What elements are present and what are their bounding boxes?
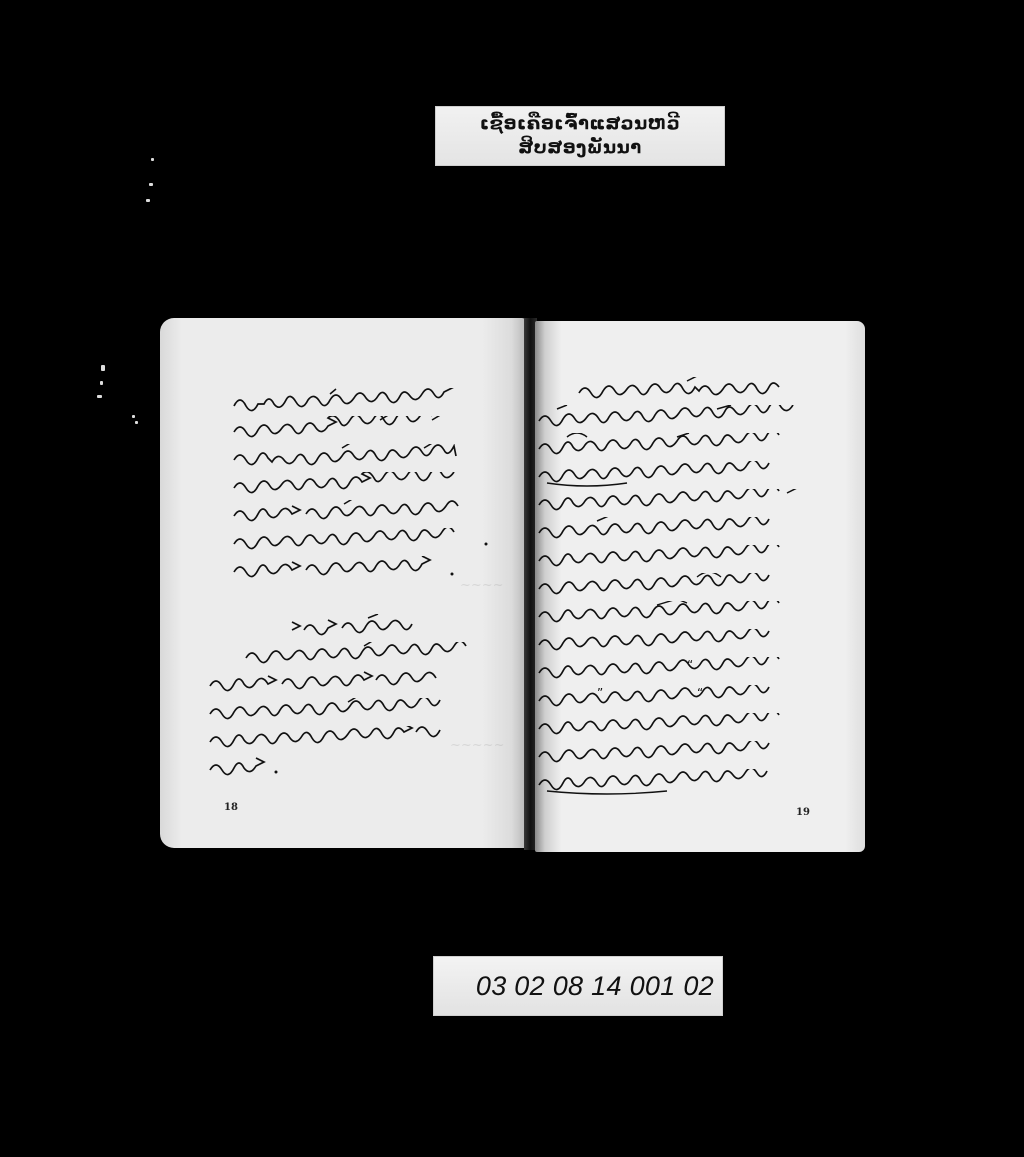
script-line: “ — [537, 657, 837, 685]
script-line — [537, 405, 837, 433]
svg-text:”: ” — [597, 686, 603, 700]
script-line: ”“ — [537, 685, 837, 713]
script-line — [232, 528, 494, 556]
scan-artifact — [135, 421, 138, 424]
scan-artifact — [101, 365, 105, 371]
title-label: ເຊື້ອເຄືອເຈົ້າແສວນຫວີ ສິບສອງພັນນາ — [435, 106, 725, 166]
paragraph-1 — [232, 388, 494, 584]
script-line — [232, 500, 494, 528]
script-line — [208, 698, 500, 726]
script-line — [208, 754, 500, 782]
page-number-right: 19 — [796, 807, 810, 818]
left-page: ~~~~ ~~~~~ 18 — [160, 318, 526, 848]
paragraph-2 — [208, 642, 500, 782]
script-line — [232, 416, 494, 444]
script-line — [232, 472, 494, 500]
script-line — [537, 517, 837, 545]
script-line — [537, 769, 837, 797]
svg-text:“: “ — [687, 658, 693, 672]
page-number-left: 18 — [224, 802, 238, 813]
scan-artifact — [100, 381, 103, 385]
right-page: “ ”“ 19 — [535, 321, 865, 852]
script-line — [537, 601, 837, 629]
scan-canvas: ເຊື້ອເຄືອເຈົ້າແສວນຫວີ ສິບສອງພັນນາ ~~~~ ~… — [0, 0, 1024, 1157]
script-line — [537, 545, 837, 573]
title-line-1: ເຊື້ອເຄືອເຈົ້າແສວນຫວີ — [480, 112, 680, 136]
scan-artifact — [151, 158, 154, 161]
svg-text:“: “ — [697, 686, 703, 700]
script-line — [290, 614, 430, 642]
script-line — [577, 377, 837, 405]
script-line — [537, 433, 837, 461]
script-line — [208, 670, 500, 698]
section-heading — [290, 614, 430, 642]
script-line — [232, 388, 494, 416]
script-line — [537, 629, 837, 657]
right-page-text: “ ”“ — [537, 377, 837, 797]
catalog-number-label: 03 02 08 14 001 02 — [433, 956, 723, 1016]
script-line — [537, 461, 837, 489]
catalog-number: 03 02 08 14 001 02 — [476, 971, 714, 1002]
title-line-2: ສິບສອງພັນນາ — [518, 136, 641, 160]
scan-artifact — [97, 395, 102, 398]
scan-artifact — [149, 183, 153, 186]
script-line — [537, 489, 837, 517]
script-line — [244, 642, 500, 670]
scan-artifact — [132, 415, 135, 418]
script-line — [208, 726, 500, 754]
script-line — [232, 556, 494, 584]
script-line — [537, 573, 837, 601]
script-line — [537, 713, 837, 741]
scan-artifact — [146, 199, 150, 202]
script-line — [232, 444, 494, 472]
script-line — [537, 741, 837, 769]
